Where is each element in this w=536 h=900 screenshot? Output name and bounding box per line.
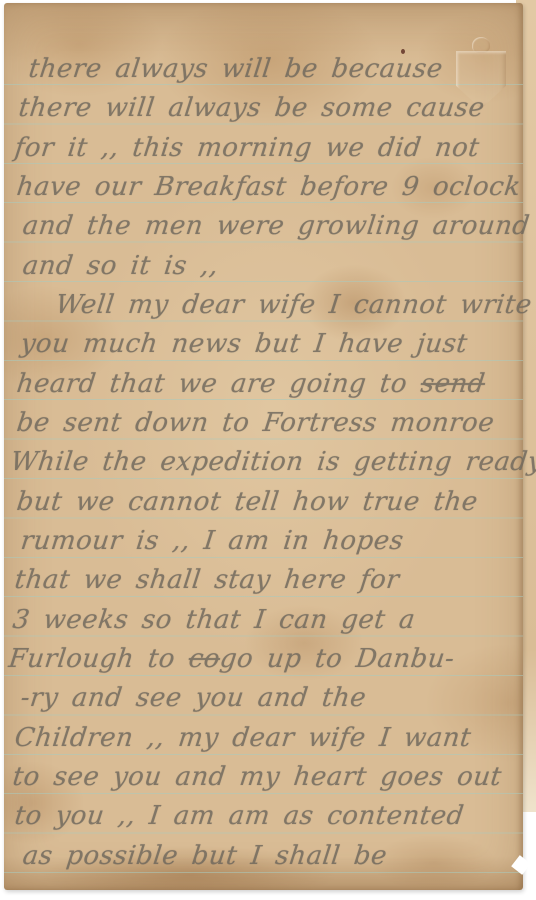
handwriting-text: and the men were growling around [21, 211, 531, 241]
handwriting-text: Children ,, my dear wife I want [13, 723, 473, 753]
handwriting-text: but we cannot tell how true the [15, 487, 480, 517]
handwriting-line: rumour is ,, I am in hopes [19, 526, 405, 556]
handwriting-text: heard that we are going to [15, 369, 423, 399]
handwriting-line: there will always be some cause [17, 93, 486, 123]
handwriting-line: Children ,, my dear wife I want [13, 723, 473, 753]
handwriting-line: -ry and see you and the [19, 683, 368, 713]
handwriting-layer: there always will be becausethere will a… [0, 0, 536, 900]
handwriting-line: Well my dear wife I cannot write [54, 290, 534, 320]
handwriting-text: Furlough to [7, 644, 191, 674]
handwriting-text: as possible but I shall be [21, 841, 389, 871]
handwriting-line: you much news but I have just [19, 329, 469, 359]
handwriting-line: 3 weeks so that I can get a [11, 605, 417, 635]
handwriting-line: and so it is ,, [21, 251, 220, 281]
handwriting-line: as possible but I shall be [21, 841, 389, 871]
handwriting-line: to you ,, I am am as contented [13, 801, 466, 831]
letter-scan: there always will be becausethere will a… [0, 0, 536, 900]
handwriting-text: to you ,, I am am as contented [13, 801, 466, 831]
handwriting-text: have our Breakfast before 9 oclock [15, 172, 522, 202]
handwriting-text: to see you and my heart goes out [11, 762, 503, 792]
handwriting-line: but we cannot tell how true the [15, 487, 480, 517]
handwriting-line: for it ,, this morning we did not [13, 133, 481, 163]
handwriting-text: be sent down to Fortress monroe [15, 408, 496, 438]
handwriting-text: Well my dear wife I cannot write [54, 290, 534, 320]
handwriting-text: there always will be because [27, 54, 445, 84]
handwriting-line: heard that we are going to send [15, 369, 487, 399]
handwriting-text: 3 weeks so that I can get a [11, 605, 417, 635]
handwriting-text: for it ,, this morning we did not [13, 133, 481, 163]
handwriting-text: that we shall stay here for [13, 565, 401, 595]
handwriting-line: there always will be because [27, 54, 445, 84]
handwriting-text: you much news but I have just [19, 329, 469, 359]
handwriting-text: go up to Danbu- [218, 644, 456, 674]
handwriting-line: and the men were growling around [21, 211, 531, 241]
handwriting-line: be sent down to Fortress monroe [15, 408, 496, 438]
handwriting-line: While the expedition is getting ready [9, 447, 536, 477]
handwriting-line: Furlough to cogo up to Danbu- [7, 644, 456, 674]
handwriting-line: to see you and my heart goes out [11, 762, 503, 792]
handwriting-text: While the expedition is getting ready [9, 447, 536, 477]
handwriting-text: and so it is ,, [21, 251, 220, 281]
handwriting-text: -ry and see you and the [19, 683, 368, 713]
struck-word: send [419, 369, 487, 399]
handwriting-text: rumour is ,, I am in hopes [19, 526, 405, 556]
handwriting-line: that we shall stay here for [13, 565, 401, 595]
struck-word: co [187, 644, 222, 674]
handwriting-line: have our Breakfast before 9 oclock [15, 172, 522, 202]
handwriting-text: there will always be some cause [17, 93, 486, 123]
